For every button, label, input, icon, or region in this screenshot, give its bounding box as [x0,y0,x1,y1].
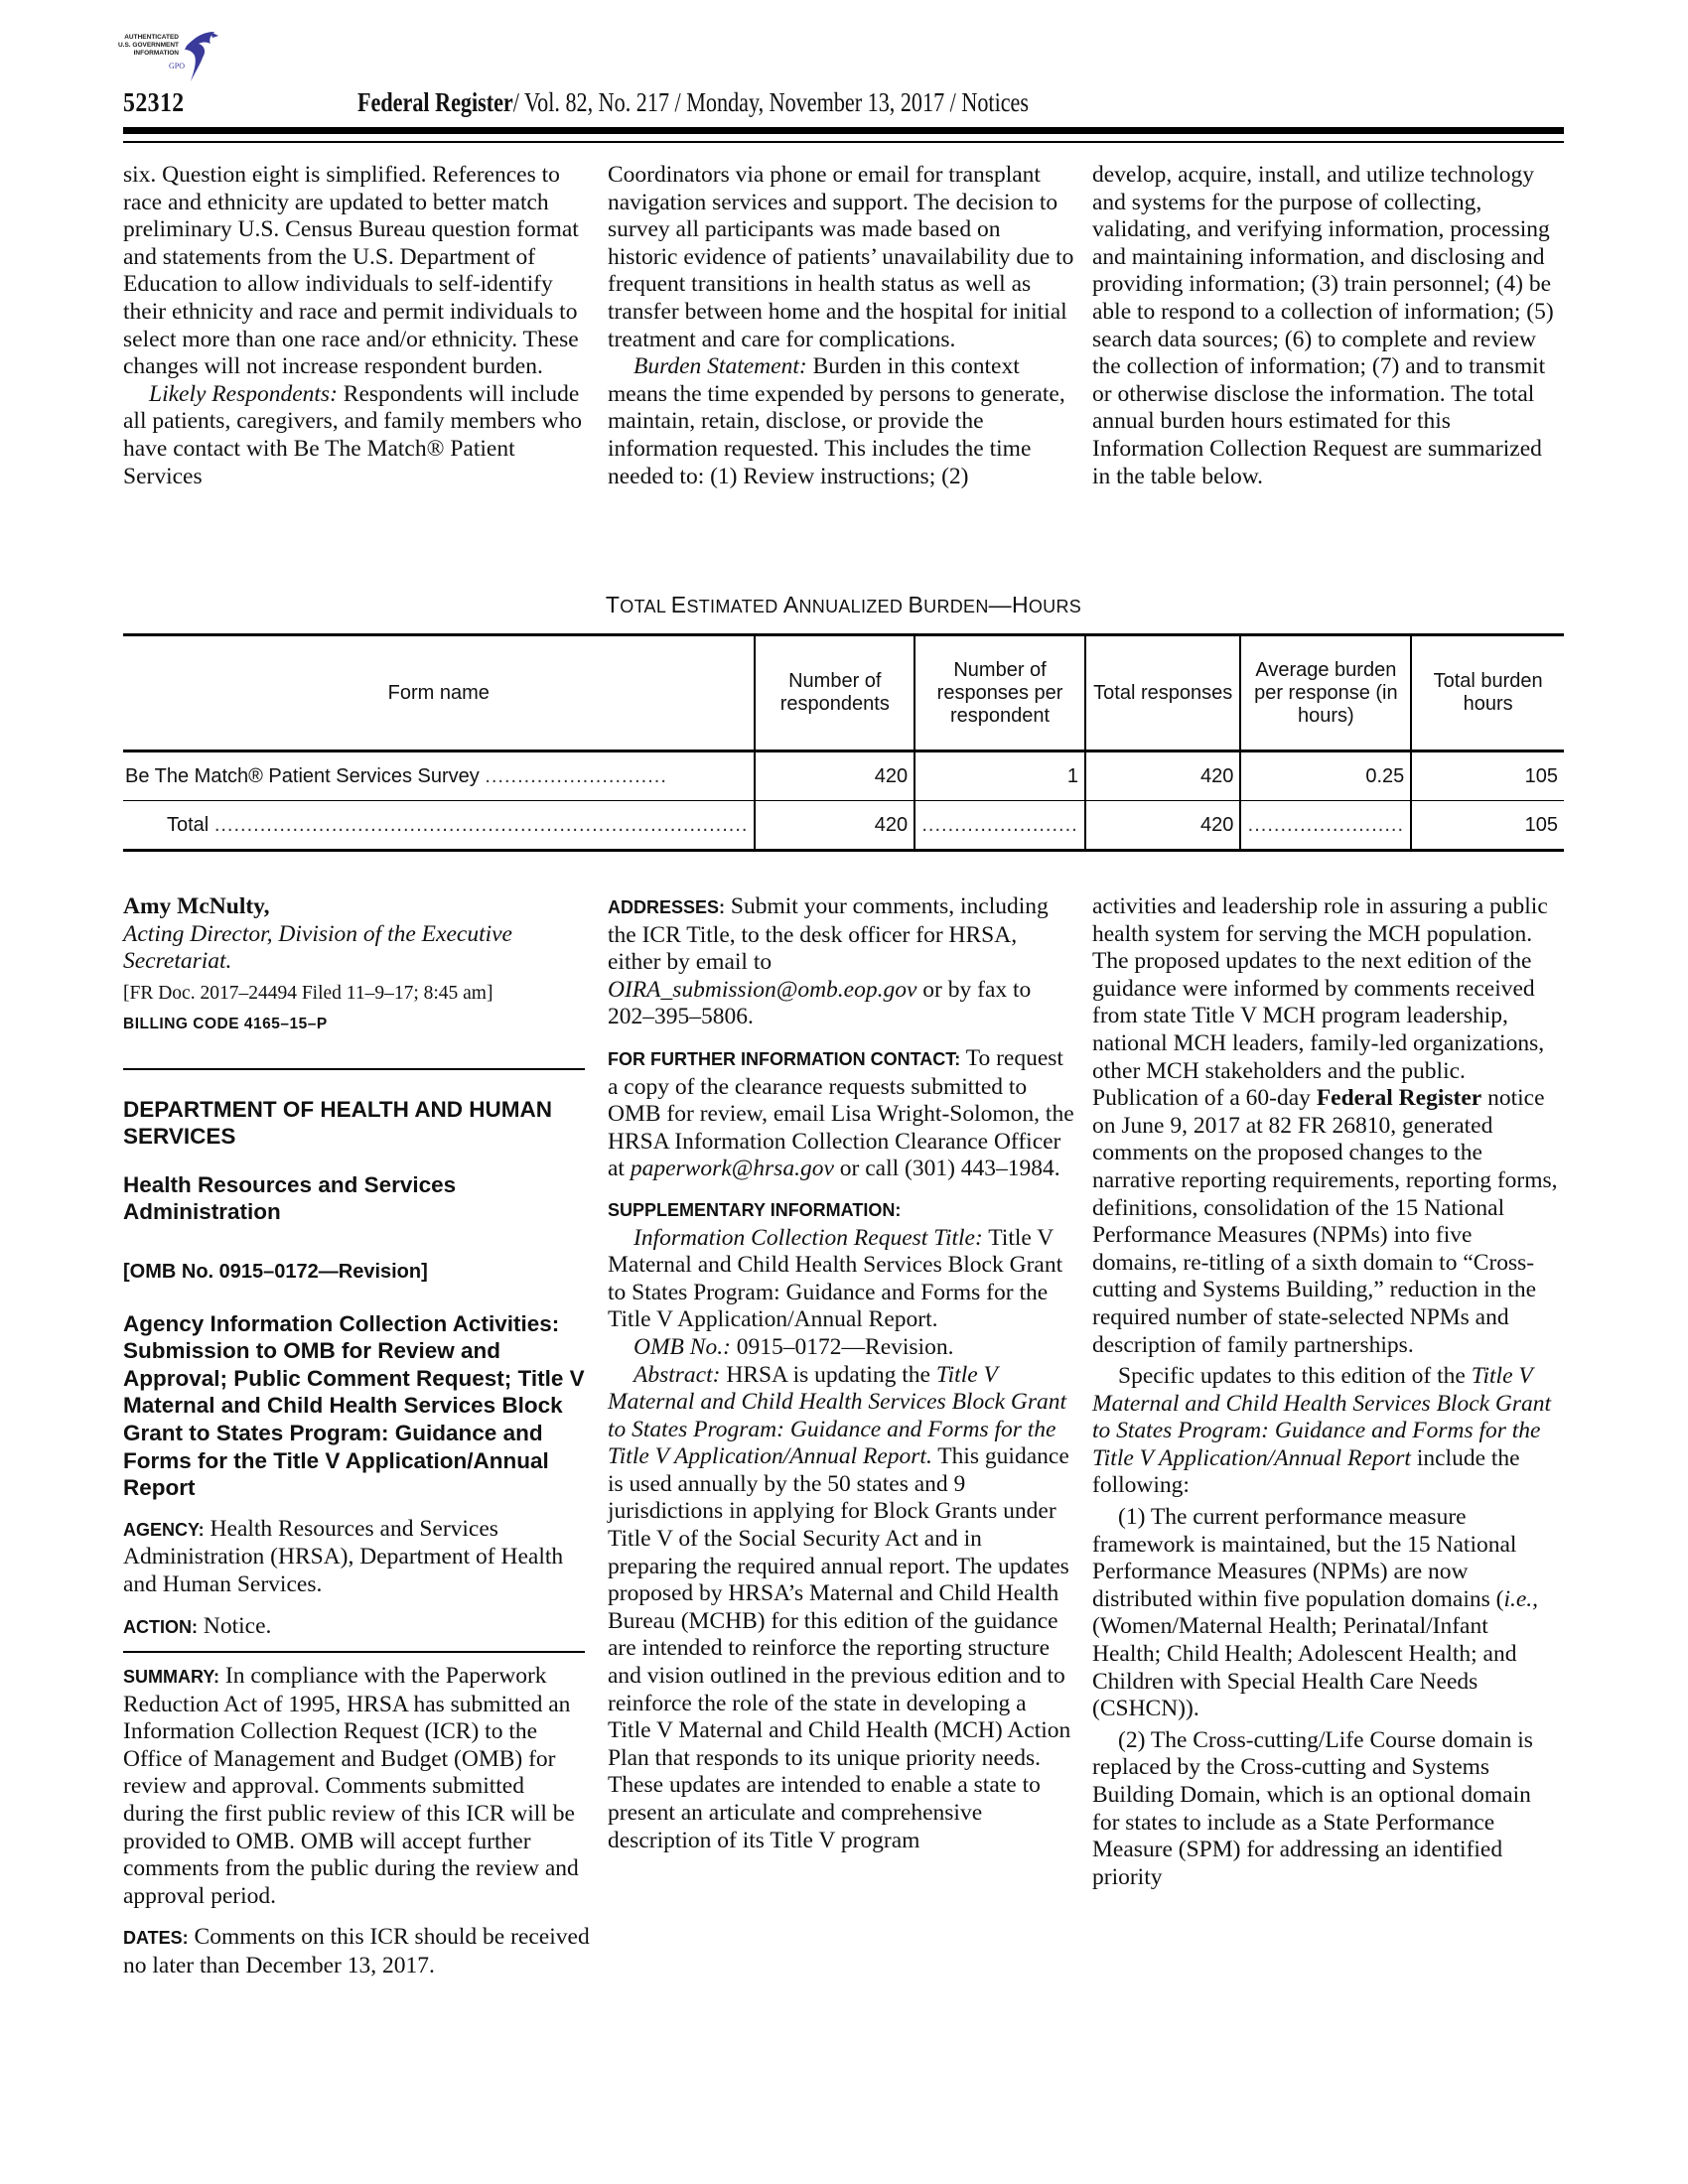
avg-burden-cell: ........................ [1240,801,1411,851]
page-number: 52312 [123,87,185,118]
avg-burden-cell: 0.25 [1240,751,1411,801]
column-header: Form name [123,635,755,751]
agency-block: AGENCY: Health Resources and Services Ad… [123,1516,590,1599]
total-hours-cell: 105 [1411,801,1564,851]
bottom-column-3: activities and leadership role in assuri… [1092,893,1559,1891]
column-header: Total responses [1085,635,1240,751]
column-header: Total burden hours [1411,635,1564,751]
burden-table: Form name Number of respondents Number o… [123,633,1564,852]
top-column-2: Coordinators via phone or email for tran… [608,162,1074,490]
list-item: (2) The Cross-cutting/Life Course domain… [1092,1727,1559,1892]
header-rule-thick [123,127,1564,134]
responses-per-cell: ........................ [914,801,1085,851]
icr-title: Information Collection Request Title: Ti… [608,1225,1074,1334]
department-heading: DEPARTMENT OF HEALTH AND HUMAN SERVICES [123,1096,590,1150]
addresses-block: ADDRESSES: Submit your comments, includi… [608,893,1074,1031]
supplementary-heading: SUPPLEMENTARY INFORMATION: [608,1197,1074,1225]
contact-block: FOR FURTHER INFORMATION CONTACT: To requ… [608,1045,1074,1183]
form-name-cell: Total ..................................… [123,801,755,851]
email-link[interactable]: OIRA_submission@omb.eop.gov [608,977,916,1003]
form-name-cell: Be The Match® Patient Services Survey ..… [123,751,755,801]
notice-subject: Agency Information Collection Activities… [123,1310,590,1502]
total-hours-cell: 105 [1411,751,1564,801]
dates-block: DATES: Comments on this ICR should be re… [123,1924,590,1979]
total-responses-cell: 420 [1085,751,1240,801]
responses-per-cell: 1 [914,751,1085,801]
top-column-1: six. Question eight is simplified. Refer… [123,162,590,490]
summary-block: SUMMARY: In compliance with the Paperwor… [123,1663,590,1910]
abstract: Abstract: HRSA is updating the Title V M… [608,1362,1074,1855]
respondents-cell: 420 [755,801,914,851]
section-divider [123,1068,585,1070]
table-row: Be The Match® Patient Services Survey ..… [123,751,1564,801]
issue-info: / Vol. 82, No. 217 / Monday, November 13… [513,87,1029,117]
omb-number: [OMB No. 0915–0172—Revision] [123,1259,590,1287]
paragraph: six. Question eight is simplified. Refer… [123,162,590,381]
column-header: Average burden per response (in hours) [1240,635,1411,751]
journal-name: Federal Register [357,87,513,117]
agency-heading: Health Resources and Services Administra… [123,1171,590,1225]
paragraph: activities and leadership role in assuri… [1092,893,1559,1359]
gpo-authenticated-logo: AUTHENTICATED U.S. GOVERNMENT INFORMATIO… [107,28,236,87]
fr-doc-line: [FR Doc. 2017–24494 Filed 11–9–17; 8:45 … [123,980,590,1008]
column-header: Number of responses per respondent [914,635,1085,751]
header-rule-thin [123,141,1564,143]
bottom-column-2: ADDRESSES: Submit your comments, includi… [608,893,1074,1854]
action-block: ACTION: Notice. [123,1613,590,1642]
total-responses-cell: 420 [1085,801,1240,851]
bottom-column-1: Amy McNulty, Acting Director, Division o… [123,893,590,1980]
signer-title: Acting Director, Division of the Executi… [123,921,590,976]
table-title: TOTAL ESTIMATED ANNUALIZED BURDEN—HOURS [123,592,1564,618]
top-column-3: develop, acquire, install, and utilize t… [1092,162,1559,490]
logo-text: AUTHENTICATED U.S. GOVERNMENT INFORMATIO… [107,34,179,58]
table-header-row: Form name Number of respondents Number o… [123,635,1564,751]
gpo-eagle-icon [181,28,220,85]
email-link[interactable]: paperwork@hrsa.gov [631,1156,834,1181]
paragraph: Coordinators via phone or email for tran… [608,162,1074,353]
paragraph: Burden Statement: Burden in this context… [608,353,1074,490]
billing-code: BILLING CODE 4165–15–P [123,1011,590,1038]
list-item: (1) The current performance measure fram… [1092,1504,1559,1723]
signer-name: Amy McNulty, [123,893,590,921]
table-row-total: Total ..................................… [123,801,1564,851]
summary-divider [123,1651,585,1653]
paragraph: Specific updates to this edition of the … [1092,1363,1559,1500]
paragraph: Likely Respondents: Respondents will inc… [123,381,590,490]
column-header: Number of respondents [755,635,914,751]
running-header: Federal Register/ Vol. 82, No. 217 / Mon… [357,87,1029,118]
respondents-cell: 420 [755,751,914,801]
omb-no: OMB No.: 0915–0172—Revision. [608,1334,1074,1362]
paragraph: develop, acquire, install, and utilize t… [1092,162,1559,490]
